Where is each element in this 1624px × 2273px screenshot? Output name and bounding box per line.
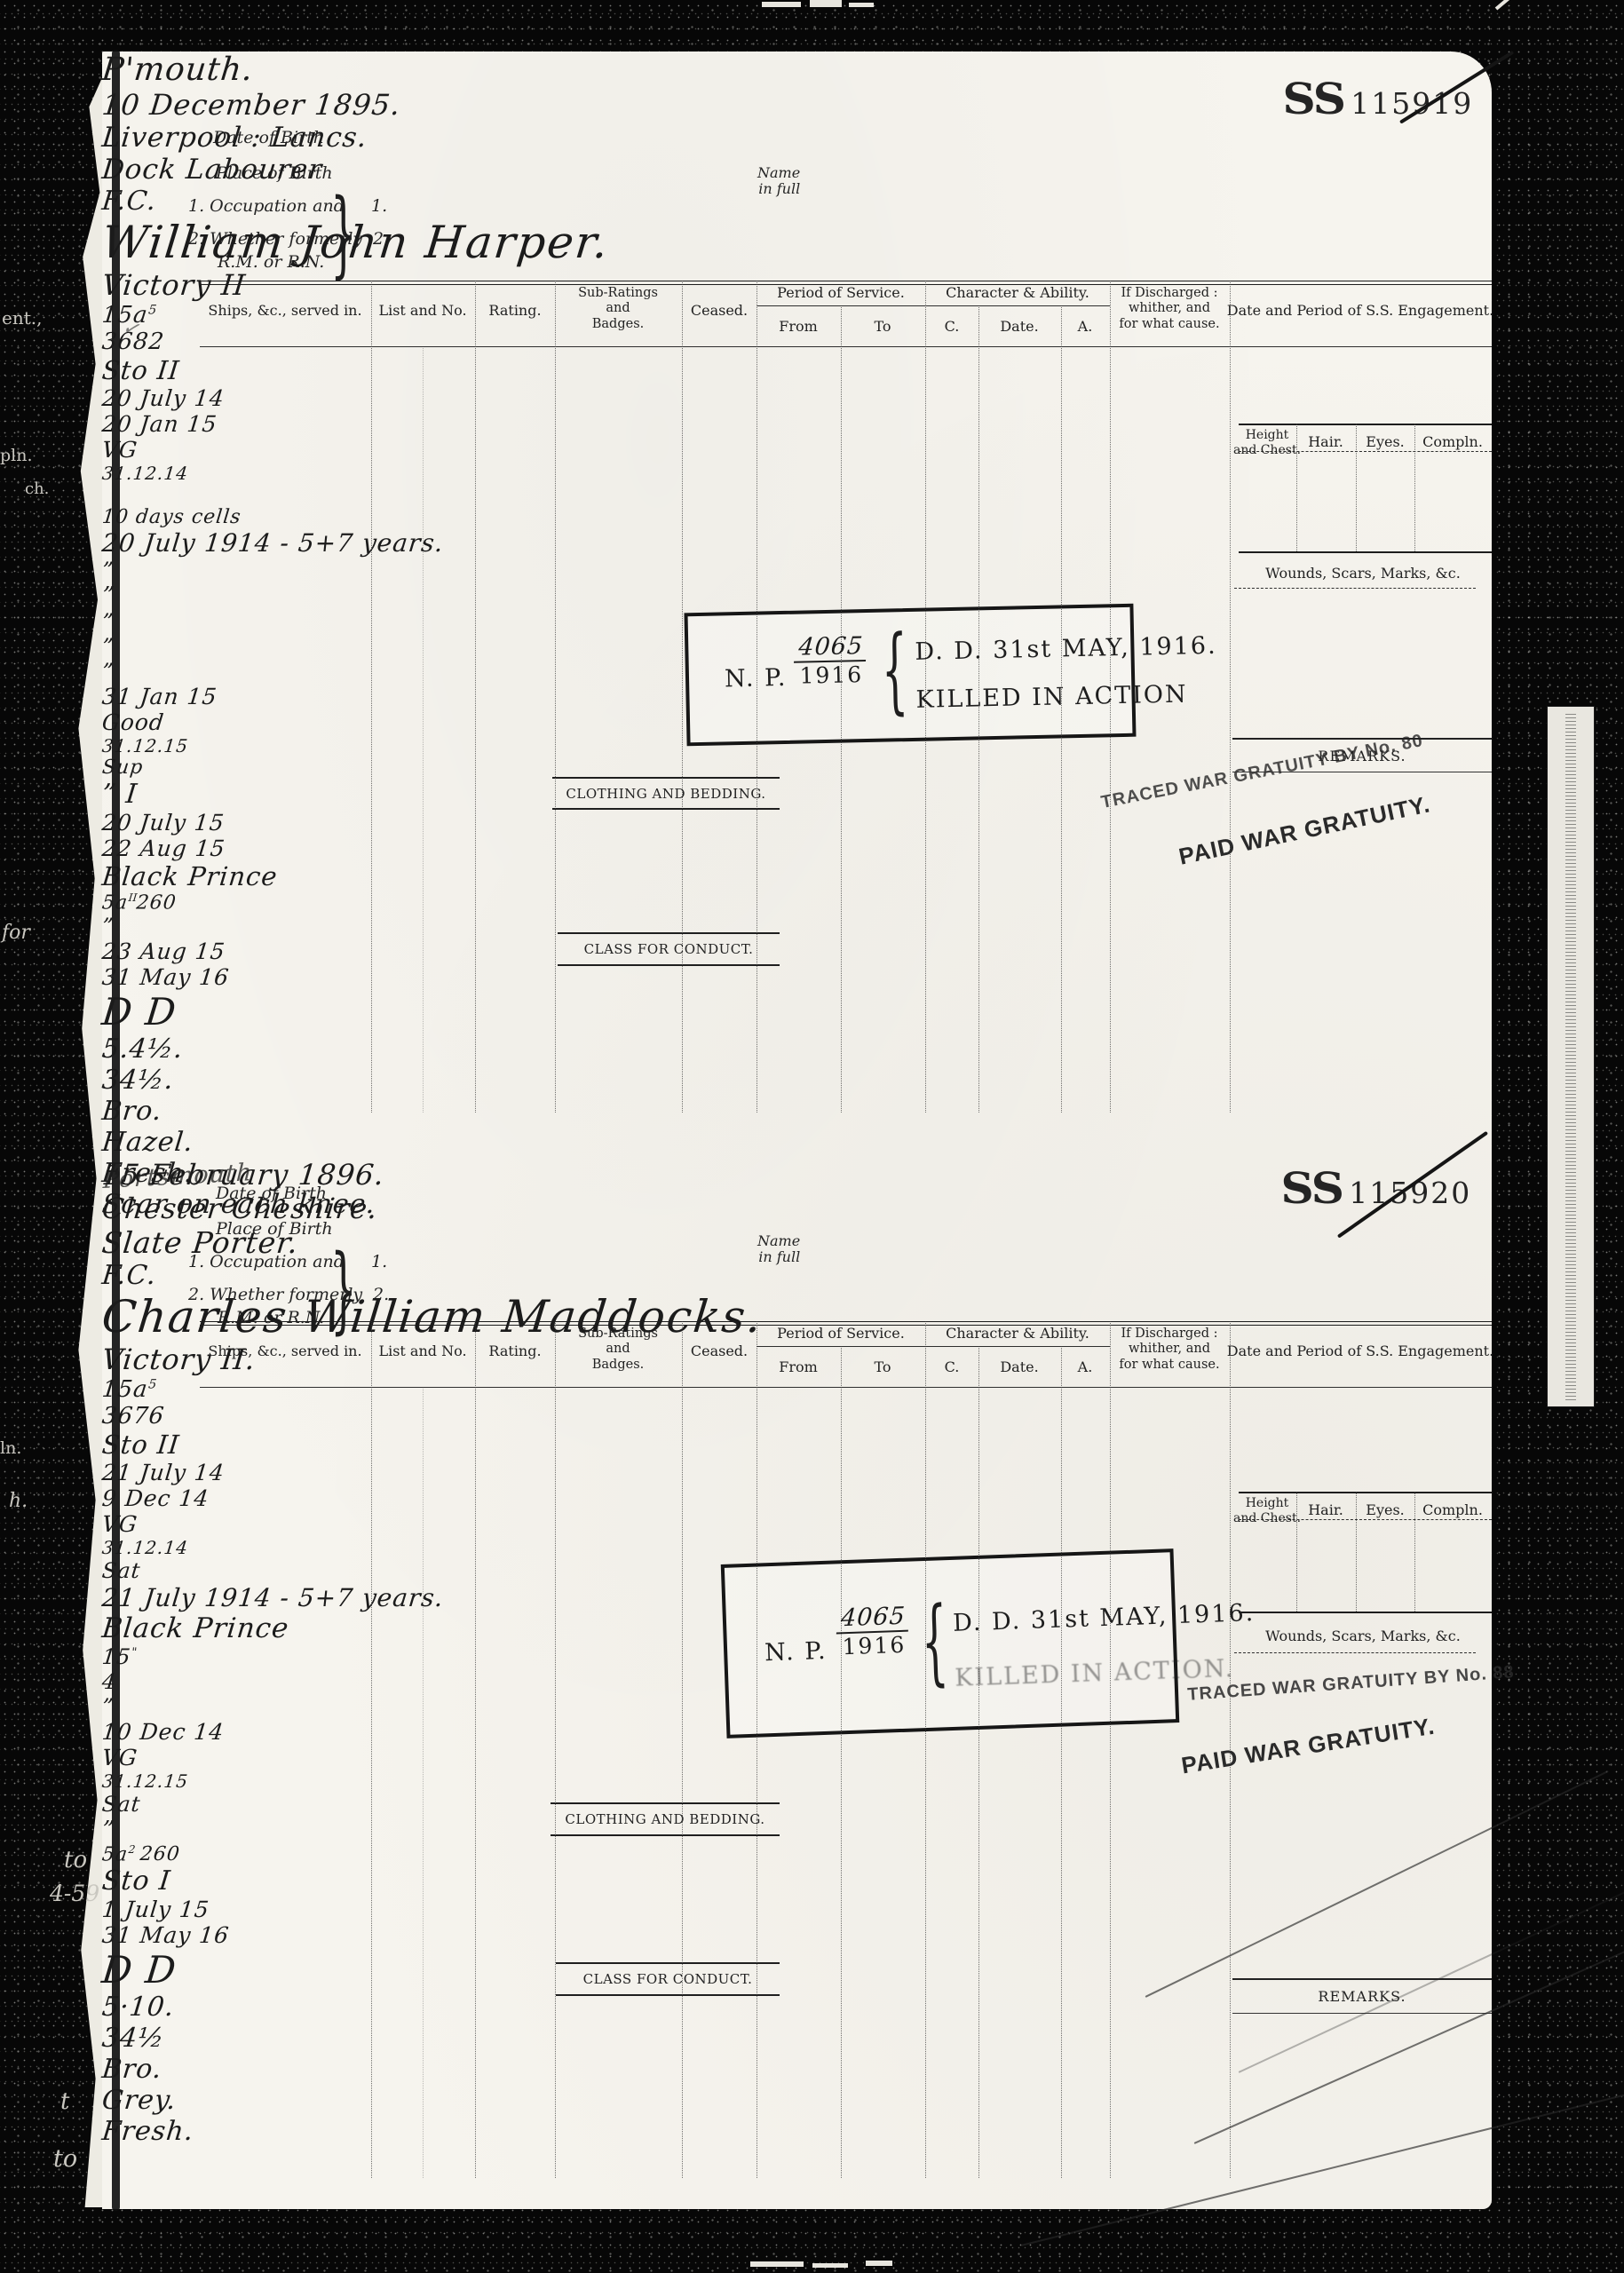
clothing-label: CLOTHING AND BEDDING. [566,786,765,802]
ship-cell: Victory II. [100,1342,1493,1376]
desc-divider [1414,1492,1415,1612]
hair-value: Bro. [100,2054,1493,2085]
list-cell-2: 3676 [100,1403,1493,1430]
np-year: 1916 [796,661,867,689]
column-divider [682,1321,683,2178]
engagement-value: 20 July 1914 - 5+7 years. [100,528,1493,558]
eyes-header: Eyes. [1366,1501,1404,1518]
dob-value: 15 February 1896. [100,1158,1493,1192]
record-2: Portsmouth SS115920 Date of Birth 15 Feb… [102,1130,1492,2209]
column-divider [841,305,842,1113]
conduct-date-cell: 31.12.15 [101,1770,1493,1792]
eyes-value: Grey. [100,2085,1493,2116]
rating-cell: Sto II [100,1430,1493,1460]
from-cell: 20 July 14 [100,385,1493,411]
name-label-line1: Name [757,1233,800,1249]
margin-fragment: ch. [25,479,49,498]
margin-fragment: 4-59 [50,1881,99,1906]
np-line2: KILLED IN ACTION [915,680,1188,713]
column-divider [371,1321,372,2178]
np-reference: 4065 1916 [836,1603,910,1660]
list-base: 15a [100,1376,149,1403]
remarks-label: REMARKS. [1318,1988,1406,2005]
margin-fragment: ln. [0,1438,21,1458]
conduct-box: CLASS FOR CONDUCT. [558,932,780,966]
film-scratch [1495,0,1579,11]
from-cell: 23 Aug 15 [100,939,1493,964]
np-year: 1916 [838,1632,911,1660]
ship-cell: ” [100,1817,1493,1843]
wounds-rule [1234,1652,1476,1653]
list-cell: 15a5 [100,1376,1493,1403]
rating-cell: ” [101,914,1493,939]
conduct-box: CLASS FOR CONDUCT. [556,1962,780,1996]
ship-cell: Black Prince [100,861,1493,891]
name-label: Name in full [757,1233,800,1266]
ability-cell: Sat [101,1792,1493,1817]
film-mark [762,2,801,7]
list-sup: 2 [128,1843,136,1856]
height-header-2: and Chest. [1233,443,1301,458]
film-mark [866,2261,892,2266]
name-label: Name in full [757,165,800,198]
col-discharged-1: If Discharged : [1119,1327,1219,1342]
list-base: 5a [101,891,130,914]
height-header: Height and Chest. [1233,1496,1301,1526]
record-1: P'mouth. SS115919 Date of Birth 10 Decem… [102,51,1492,1130]
name-label-line2: in full [757,181,800,197]
film-mark [849,3,874,7]
height-header-2: and Chest. [1233,1511,1301,1526]
margin-fragment: pln. [0,446,33,465]
to-cell: 31 May 16 [100,964,1493,990]
column-divider [682,281,683,1113]
dob-value: 10 December 1895. [100,88,1493,122]
margin-fragment: to [64,1847,87,1873]
column-divider [555,1321,556,2178]
compln-header: Compln. [1422,433,1483,450]
from-cell: 21 July 14 [100,1460,1493,1485]
discharge-note-cell: 10 days cells [101,506,1493,528]
conduct-date-cell: 31.12.14 [101,1537,1493,1558]
name-label-line2: in full [757,1249,800,1265]
column-divider [423,346,424,1113]
np-brace: { [920,1586,950,1697]
remarks-box: REMARKS. [1232,738,1492,772]
column-divider [925,1321,926,2178]
desc-divider [1414,424,1415,551]
column-divider [841,1346,842,2178]
list-cell: 15a5 [100,302,1493,329]
col-period: Period of Service. [777,1325,905,1342]
copyright-strip [1547,706,1595,1407]
margin-fragment: t [60,2088,69,2115]
clothing-box: CLOTHING AND BEDDING. [552,777,780,810]
to-cell: 31 May 16 [100,1922,1493,1948]
np-reference: 4065 1916 [795,632,867,689]
wounds-header: Wounds, Scars, Marks, &c. [1265,1628,1461,1644]
height-header-1: Height [1233,1496,1301,1511]
height-header-1: Height [1233,428,1301,443]
wounds-rule [1234,588,1476,589]
name-label-line1: Name [757,165,800,181]
pob-value: Liverpool : Lancs. [100,122,1493,154]
desc-top-rule [1239,424,1492,425]
desc-bottom-rule [1239,1612,1492,1613]
column-divider [371,281,372,1113]
margin-fragment: for [2,922,30,944]
column-divider [1110,281,1111,1113]
column-divider [1230,281,1231,1113]
desc-divider [1356,1492,1357,1612]
remarks-label: REMARKS. [1318,748,1406,764]
chest-value: 34½. [100,1065,1493,1096]
height-value: 5.4½. [100,1034,1493,1065]
from-cell: 1 July 15 [100,1897,1493,1922]
np-killed-box: N. P. 4065 1916 { D. D. 31st MAY, 1916. … [684,604,1136,747]
column-divider [1061,305,1062,1113]
height-header: Height and Chest. [1233,428,1301,458]
column-divider [1110,1321,1111,2178]
list-cell-2: 3682 [100,329,1493,355]
clothing-box: CLOTHING AND BEDDING. [551,1802,780,1836]
column-divider [1061,1346,1062,2178]
list-rest: 260 [139,1843,181,1865]
col-sub-ratings-1: Sub-Ratings [578,1327,658,1342]
desc-bottom-rule [1239,551,1492,553]
dd-mark: D D [99,990,1493,1034]
desc-divider [1356,424,1357,551]
column-divider [757,281,757,1113]
compln-header: Compln. [1422,1501,1483,1518]
remarks-box: REMARKS. [1232,1978,1492,2014]
np-number: 4065 [836,1603,910,1635]
film-mark [810,0,842,7]
film-mark [750,2261,804,2267]
np-brace: { [881,614,909,725]
list-cell: 5aII260 [101,891,1493,914]
conduct-label: CLASS FOR CONDUCT. [583,1971,753,1987]
margin-fragment: to [53,2145,77,2173]
ship-cell: ” [100,582,1493,609]
margin-fragment: ent., [2,307,42,329]
margin-fragment: h. [9,1490,28,1512]
rating-cell: Sto I [100,1865,1493,1897]
list-sup: 5 [147,1377,157,1391]
film-mark [812,2263,848,2268]
list-cell: 5a2260 [101,1843,1493,1865]
column-divider [925,281,926,1113]
column-divider [475,1321,476,2178]
column-divider [423,1387,424,2178]
column-divider [1230,1321,1231,2178]
conduct-date-cell: 31.12.14 [101,463,1493,484]
column-divider [555,281,556,1113]
ship-cell: Victory II [100,268,1493,302]
clothing-label: CLOTHING AND BEDDING. [565,1811,764,1827]
conduct-label: CLASS FOR CONDUCT. [584,941,754,957]
np-number: 4065 [794,632,867,663]
desc-top-rule [1239,1492,1492,1493]
column-divider [978,305,979,1113]
eyes-header: Eyes. [1366,433,1404,450]
compln-value: Fresh. [100,2116,1493,2147]
column-divider [475,281,476,1113]
hair-header: Hair. [1308,1501,1343,1518]
column-divider [978,1346,979,2178]
rating-cell: ” I [100,779,1493,810]
wounds-header: Wounds, Scars, Marks, &c. [1265,565,1461,582]
np-label: N. P. [764,1637,828,1667]
column-divider [757,1321,757,2178]
list-rest: 260 [135,891,178,914]
list-base: 15 [101,1644,132,1669]
name-value: William John Harper. [99,217,1494,268]
hair-header: Hair. [1308,433,1343,450]
list-sup: " [131,1646,138,1659]
list-base: 5a [101,1843,130,1865]
scanned-service-record: ent., pln. ch. for ln. h. to 4-59 t to P… [0,0,1624,2273]
list-sup: 5 [147,303,157,317]
pob-value: Chester Cheshire. [100,1192,1493,1225]
record-page: P'mouth. SS115919 Date of Birth 10 Decem… [102,51,1492,2209]
col-character: Character & Ability. [946,1325,1089,1342]
